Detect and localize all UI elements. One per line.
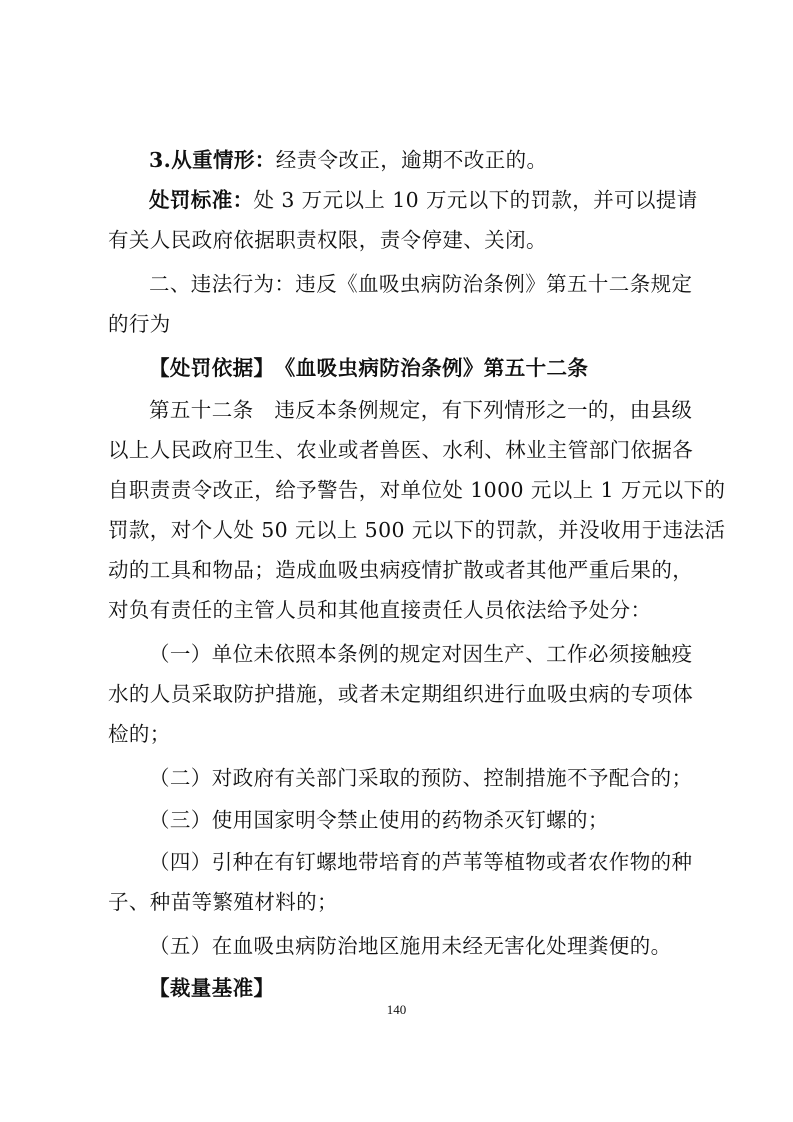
penalty-basis-heading: 【处罚依据】 《血吸虫病防治条例》第五十二条: [149, 348, 588, 388]
item-1-line-2: 水的人员采取防护措施，或者未定期组织进行血吸虫病的专项体: [108, 674, 692, 714]
item-1-line-1: （一）单位未依照本条例的规定对因生产、工作必须接触疫: [149, 634, 692, 674]
article-52-line-3: 自职责责令改正，给予警告，对单位处 1000 元以上 1 万元以下的: [108, 470, 692, 510]
penalty-standard-text: 处 3 万元以上 10 万元以下的罚款，并可以提请: [254, 188, 698, 212]
item-3: （三）使用国家明令禁止使用的药物杀灭钉螺的；: [149, 800, 609, 840]
article-52-line-1: 第五十二条 违反本条例规定，有下列情形之一的，由县级: [149, 390, 692, 430]
article-52-line-6: 对负有责任的主管人员和其他直接责任人员依法给予处分：: [108, 590, 651, 630]
item-5: （五）在血吸虫病防治地区施用未经无害化处理粪便的。: [149, 926, 672, 966]
penalty-standard-line-1: 处罚标准：处 3 万元以上 10 万元以下的罚款，并可以提请: [149, 180, 692, 220]
page-number: 140: [0, 1002, 793, 1018]
penalty-standard-line-2: 有关人民政府依据职责权限，责令停建、关闭。: [108, 220, 547, 260]
aggravated-circumstance-label: 3.从重情形：: [149, 148, 276, 172]
aggravated-circumstance-text: 经责令改正，逾期不改正的。: [276, 148, 548, 172]
item-4-line-1: （四）引种在有钉螺地带培育的芦苇等植物或者农作物的种: [149, 842, 692, 882]
penalty-standard-label: 处罚标准：: [149, 188, 254, 212]
aggravated-circumstance-line: 3.从重情形：经责令改正，逾期不改正的。: [149, 140, 547, 180]
item-1-line-3: 检的；: [108, 714, 171, 754]
article-52-line-4: 罚款，对个人处 50 元以上 500 元以下的罚款，并没收用于违法活: [108, 510, 692, 550]
violation-heading-line-2: 的行为: [108, 304, 171, 344]
article-52-line-5: 动的工具和物品；造成血吸虫病疫情扩散或者其他严重后果的，: [108, 550, 692, 590]
item-2: （二）对政府有关部门采取的预防、控制措施不予配合的；: [149, 758, 692, 798]
item-4-line-2: 子、种苗等繁殖材料的；: [108, 882, 338, 922]
article-52-line-2: 以上人民政府卫生、农业或者兽医、水利、林业主管部门依据各: [108, 430, 692, 470]
violation-heading-line-1: 二、违法行为：违反《血吸虫病防治条例》第五十二条规定: [149, 264, 692, 304]
